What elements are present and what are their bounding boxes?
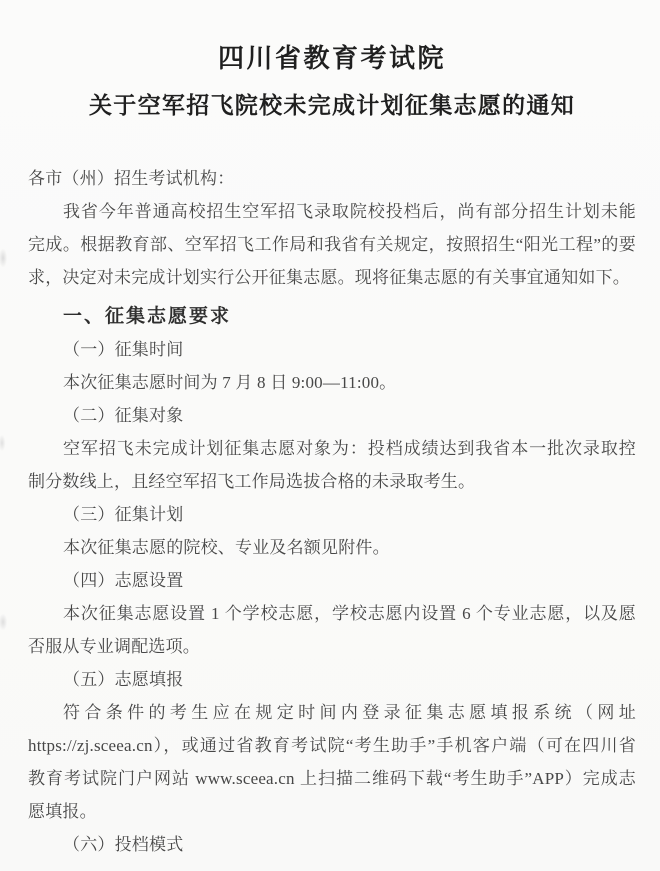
intro-line-3: 求，决定对未完成计划实行公开征集志愿。现将征集志愿的有关事宜通知如下。 bbox=[28, 261, 636, 294]
item-5-body-line-1: 符合条件的考生应在规定时间内登录征集志愿填报系统（网址 bbox=[28, 696, 636, 729]
item-5-body-line-4: 愿填报。 bbox=[28, 795, 636, 828]
item-6-label: （六）投档模式 bbox=[28, 828, 636, 861]
item-4-body-line-1: 本次征集志愿设置 1 个学校志愿，学校志愿内设置 6 个专业志愿，以及愿 bbox=[28, 597, 636, 630]
item-2-label: （二）征集对象 bbox=[28, 399, 636, 432]
org-title: 四川省教育考试院 bbox=[28, 44, 636, 74]
section-1-heading: 一、征集志愿要求 bbox=[28, 300, 636, 333]
item-5-body-line-3: 教育考试院门户网站 www.sceea.cn 上扫描二维码下载“考生助手”APP… bbox=[28, 762, 636, 795]
intro-line-1: 我省今年普通高校招生空军招飞录取院校投档后，尚有部分招生计划未能 bbox=[28, 195, 636, 228]
item-4-body-line-2: 否服从专业调配选项。 bbox=[28, 630, 636, 663]
item-1-label: （一）征集时间 bbox=[28, 333, 636, 366]
item-4-label: （四）志愿设置 bbox=[28, 564, 636, 597]
item-3-body-line-1: 本次征集志愿的院校、专业及名额见附件。 bbox=[28, 531, 636, 564]
document-body: 各市（州）招生考试机构： 我省今年普通高校招生空军招飞录取院校投档后，尚有部分招… bbox=[28, 162, 636, 861]
intro-line-2: 完成。根据教育部、空军招飞工作局和我省有关规定，按照招生“阳光工程”的要 bbox=[28, 228, 636, 261]
item-5-label: （五）志愿填报 bbox=[28, 663, 636, 696]
item-2-body-line-1: 空军招飞未完成计划征集志愿对象为：投档成绩达到我省本一批次录取控 bbox=[28, 432, 636, 465]
item-5-body-line-2: https://zj.sceea.cn），或通过省教育考试院“考生助手”手机客户… bbox=[28, 729, 636, 762]
document-page: 四川省教育考试院 关于空军招飞院校未完成计划征集志愿的通知 各市（州）招生考试机… bbox=[0, 0, 660, 871]
salutation: 各市（州）招生考试机构： bbox=[28, 162, 636, 195]
item-3-label: （三）征集计划 bbox=[28, 498, 636, 531]
notice-title: 关于空军招飞院校未完成计划征集志愿的通知 bbox=[28, 90, 636, 122]
item-1-body-line-1: 本次征集志愿时间为 7 月 8 日 9:00—11:00。 bbox=[28, 366, 636, 399]
item-2-body-line-2: 制分数线上，且经空军招飞工作局选拔合格的未录取考生。 bbox=[28, 465, 636, 498]
